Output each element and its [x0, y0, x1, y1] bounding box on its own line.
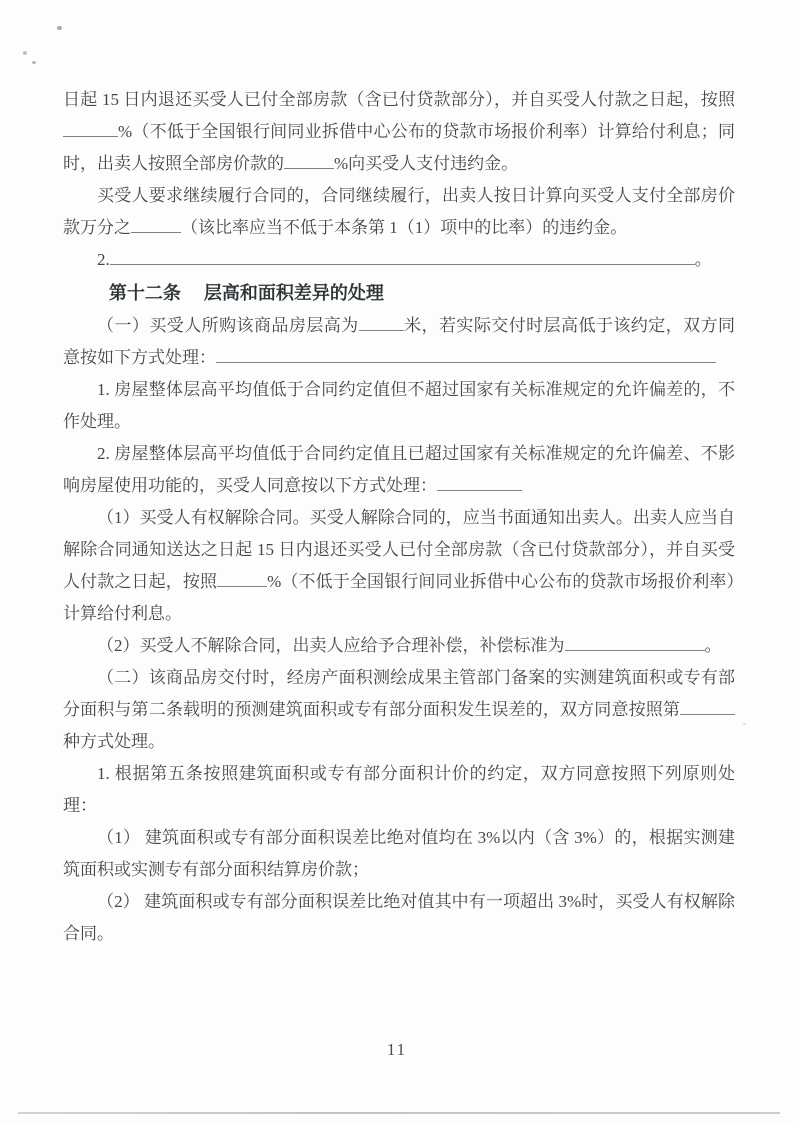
document-page: 日起 15 日内退还买受人已付全部房款（含已付贷款部分），并自买受人付款之日起，…	[0, 0, 794, 1123]
text-run: 1. 根据第五条按照建筑面积或专有部分面积计价的约定，双方同意按照下列原则处理：	[63, 764, 735, 815]
paragraph: （2） 建筑面积或专有部分面积误差比绝对值其中有一项超出 3%时，买受人有权解除…	[63, 886, 735, 950]
text-run: 。	[695, 250, 712, 269]
text-run: 1. 房屋整体层高平均值低于合同约定值但不超过国家有关标准规定的允许偏差的，不作…	[63, 380, 735, 431]
paragraph: （1）买受人有权解除合同。买受人解除合同的，应当书面通知出卖人。出卖人应当自解除…	[63, 502, 735, 630]
text-run: 日起 15 日内退还买受人已付全部房款（含已付贷款部分），并自买受人付款之日起，…	[63, 90, 735, 109]
paragraph: 1. 根据第五条按照建筑面积或专有部分面积计价的约定，双方同意按照下列原则处理：	[63, 758, 735, 822]
text-run: （二）该商品房交付时，经房产面积测绘成果主管部门备案的实测建筑面积或专有部分面积…	[63, 668, 735, 719]
blank-field	[680, 701, 735, 715]
text-run: 2. 房屋整体层高平均值低于合同约定值且已超过国家有关标准规定的允许偏差、不影响…	[63, 444, 735, 495]
scan-artifact	[32, 61, 36, 64]
blank-field	[359, 317, 404, 331]
paragraph: 1. 房屋整体层高平均值低于合同约定值但不超过国家有关标准规定的允许偏差的，不作…	[63, 374, 735, 438]
text-run: 2.	[97, 250, 110, 269]
blank-field	[437, 477, 522, 491]
text-run: （1） 建筑面积或专有部分面积误差比绝对值均在 3%以内（含 3%）的，根据实测…	[63, 828, 735, 879]
blank-field	[284, 155, 334, 169]
blank-field	[216, 349, 716, 363]
text-run: 种方式处理。	[63, 732, 165, 751]
blank-field	[217, 573, 267, 587]
text-run: 。	[705, 636, 722, 655]
text-run: （2） 建筑面积或专有部分面积误差比绝对值其中有一项超出 3%时，买受人有权解除…	[63, 892, 735, 943]
paragraph: （1） 建筑面积或专有部分面积误差比绝对值均在 3%以内（含 3%）的，根据实测…	[63, 822, 735, 886]
scan-artifact	[743, 723, 746, 725]
scan-artifact	[57, 26, 62, 30]
text-run: %向买受人支付违约金。	[334, 154, 518, 173]
paragraph: （一）买受人所购该商品房层高为米，若实际交付时层高低于该约定，双方同意按如下方式…	[63, 310, 735, 374]
paragraph: 2. 房屋整体层高平均值低于合同约定值且已超过国家有关标准规定的允许偏差、不影响…	[63, 438, 735, 502]
scan-artifact	[23, 51, 27, 55]
section-heading: 第十二条 层高和面积差异的处理	[63, 277, 735, 309]
paragraph: 买受人要求继续履行合同的，合同继续履行，出卖人按日计算向买受人支付全部房价款万分…	[63, 180, 735, 244]
text-run: 第十二条 层高和面积差异的处理	[109, 283, 384, 303]
scan-edge-line	[18, 1112, 780, 1114]
paragraph: 日起 15 日内退还买受人已付全部房款（含已付贷款部分），并自买受人付款之日起，…	[63, 84, 735, 180]
text-run: （该比率应当不低于本条第 1（1）项中的比率）的违约金。	[181, 218, 627, 237]
page-number: 11	[0, 1040, 794, 1060]
paragraph: （2）买受人不解除合同，出卖人应给予合理补偿，补偿标准为。	[63, 630, 735, 662]
document-body: 日起 15 日内退还买受人已付全部房款（含已付贷款部分），并自买受人付款之日起，…	[63, 84, 735, 950]
text-run: （2）买受人不解除合同，出卖人应给予合理补偿，补偿标准为	[97, 636, 565, 655]
text-run: （一）买受人所购该商品房层高为	[97, 316, 359, 335]
blank-field	[63, 123, 118, 137]
blank-field	[565, 637, 705, 651]
blank-field	[131, 219, 181, 233]
paragraph: 2.。	[63, 244, 735, 276]
paragraph: （二）该商品房交付时，经房产面积测绘成果主管部门备案的实测建筑面积或专有部分面积…	[63, 662, 735, 758]
blank-field	[110, 251, 695, 265]
